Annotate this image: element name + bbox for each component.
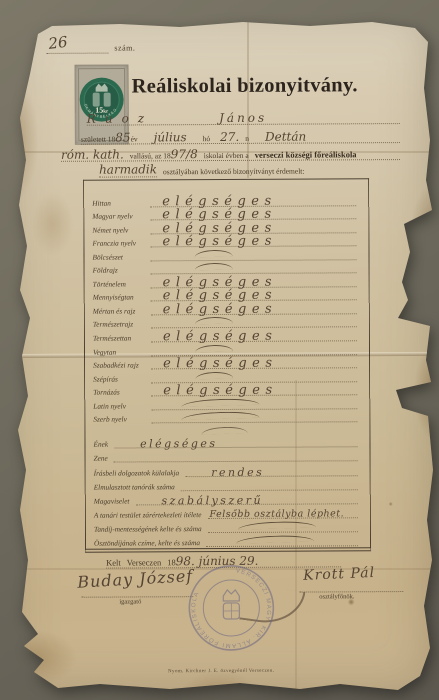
school-year-suffix: iskolai évben a: [204, 151, 249, 160]
grade-rule-line: [151, 408, 357, 424]
official-seal: VERSECZI MAGY. KIR. ÁLLAMI FŐREÁLISKOLA: [185, 562, 277, 654]
document-number: 26: [47, 33, 68, 53]
student-given-name: János: [219, 111, 267, 125]
subject-label: Német nyelv: [92, 225, 150, 234]
date-prefix: Kelt: [106, 558, 121, 568]
certificate-title: Reáliskolai bizonyitvány.: [132, 74, 358, 98]
signature-director-role: igazgató: [119, 598, 141, 605]
religion-suffix: vallású, az 18: [130, 151, 171, 160]
subject-label: Mennyiségtan: [93, 293, 151, 302]
official-seal-art: VERSECZI MAGY. KIR. ÁLLAMI FŐREÁLISKOLA: [185, 562, 277, 654]
remark-label: Zene: [94, 454, 114, 463]
document-number-line: [46, 53, 108, 54]
remark-label: Magaviselet: [94, 496, 136, 505]
remark-rule-line: [206, 531, 358, 547]
signature-class-master-role: osztályfőnök.: [319, 593, 354, 600]
subject-label: Szépírás: [93, 374, 151, 383]
table-row: Szerb nyelv: [93, 409, 357, 424]
remarks-block: Ének elégséges Zene: [93, 434, 358, 548]
subject-label: Természettan: [93, 333, 151, 342]
grade-value: harmadik: [99, 162, 157, 177]
grade-line: harmadik osztályában következő bizonyítv…: [99, 160, 388, 177]
subject-label: Természetrajz: [93, 320, 151, 329]
grades-table: Hittan elégséges Magyar nyelv elégséges: [83, 178, 371, 552]
born-prefix: született 18: [81, 135, 115, 144]
remark-label: Ösztöndíjának czíme, kelte és száma: [94, 538, 206, 548]
religion-line: róm. kath. vallású, az 18 97/8 iskolai é…: [61, 142, 400, 162]
paper-surface: 26 szám. 15kr: [0, 0, 439, 700]
subject-label: Tornázás: [93, 388, 151, 397]
subject-label: Bölcsészet: [92, 252, 150, 261]
remark-label: Ének: [93, 440, 114, 449]
subject-label: Franczia nyelv: [92, 239, 150, 248]
birth-day: 27.: [220, 130, 239, 144]
date-place: Verseczen: [127, 557, 162, 567]
subject-label: Vegytan: [93, 347, 151, 356]
student-family-name: Ruoz: [87, 111, 153, 125]
school-name: verseczi községi főreáliskola: [255, 149, 357, 160]
school-year-value: 97/8: [171, 147, 198, 161]
document-number-suffix: szám.: [114, 43, 135, 52]
subject-label: Mértan és rajz: [93, 306, 151, 315]
religion-value: róm. kath.: [61, 147, 124, 161]
subject-label: Hittan: [92, 198, 150, 207]
birth-year: 85: [115, 130, 130, 144]
photo-of-certificate: 26 szám. 15kr: [0, 0, 439, 700]
subjects-block: Hittan elégséges Magyar nyelv elégséges: [92, 192, 357, 424]
date-century: 18: [167, 557, 176, 567]
table-row: Ösztöndíjának czíme, kelte és száma: [94, 532, 358, 547]
born-ev: év: [131, 134, 138, 143]
signature-class-master: Krott Pál: [303, 565, 375, 584]
paper-sheet: 26 szám. 15kr: [0, 0, 439, 700]
student-name-line: Ruoz János: [87, 99, 400, 126]
remark-label: Írásbeli dolgozatok külalakja: [94, 468, 186, 477]
subject-label: Latin nyelv: [93, 401, 151, 410]
signature-director: Buday József: [77, 566, 194, 592]
subject-label: Szabadkézi rajz: [93, 360, 151, 369]
subject-label: Történelem: [93, 279, 151, 288]
born-n: n: [245, 134, 249, 143]
document-content: 26 szám. 15kr: [0, 0, 439, 700]
grade-suffix: osztályában következő bizonyítványt érde…: [163, 167, 304, 177]
subject-label: Földrajz: [93, 266, 151, 275]
subject-label: Szerb nyelv: [93, 415, 151, 424]
printer-imprint: Nyom. Kirchner J. E. özvegyénél Versecze…: [2, 668, 439, 675]
born-ho: hó: [203, 134, 211, 143]
subject-label: Magyar nyelv: [92, 211, 150, 220]
